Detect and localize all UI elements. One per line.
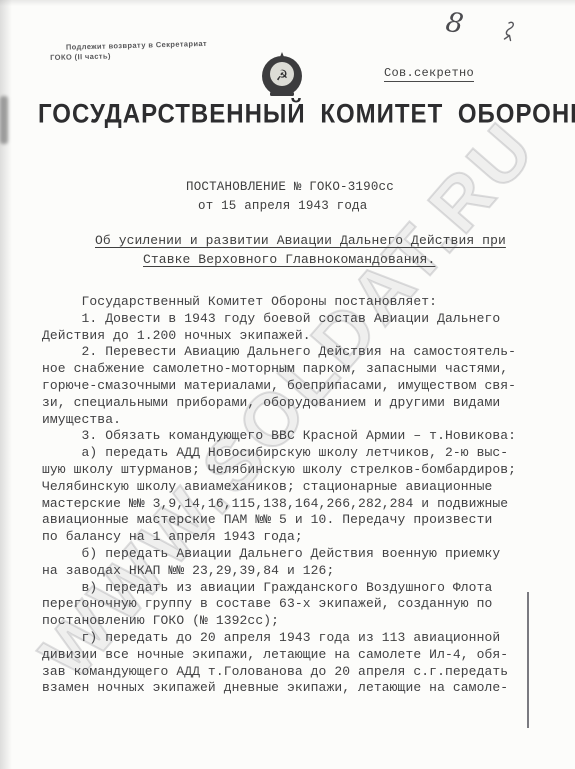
- decree-date-line: от 15 апреля 1943 года: [198, 199, 367, 213]
- return-stamp: Подлежит возврату в Секретариат ГОКО (II…: [50, 39, 208, 63]
- document-page: WWW.SOLDAT.RU Подлежит возврату в Секрет…: [0, 0, 575, 769]
- scan-smudge: [0, 96, 8, 144]
- decree-subject-line2: Ставке Верховного Главнокомандования.: [143, 252, 435, 267]
- hammer-sickle-glyph: ☭: [277, 68, 288, 87]
- document-body: Государственный Комитет Обороны постанов…: [42, 294, 516, 697]
- organization-title: ГОСУДАРСТВЕННЫЙ КОМИТЕТ ОБОРОНЫ: [38, 99, 575, 130]
- decree-subject-line1: Об усилении и развитии Авиации Дальнего …: [95, 233, 506, 248]
- soviet-emblem-icon: ☭: [257, 50, 307, 105]
- handwritten-mark-icon: [500, 20, 518, 49]
- handwritten-page-number: 8: [444, 7, 466, 40]
- scan-artifact-line: [527, 592, 529, 728]
- classification-label: Сов.секретно: [384, 66, 474, 82]
- scan-edge-shadow-top: [0, 0, 575, 6]
- decree-number-line: ПОСТАНОВЛЕНИЕ № ГОКО-3190сс: [186, 180, 394, 194]
